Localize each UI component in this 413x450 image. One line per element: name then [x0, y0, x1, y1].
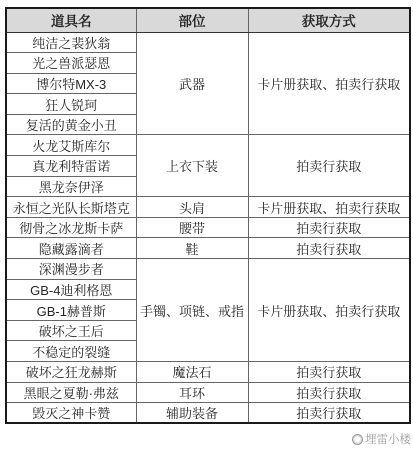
method-cell: 卡片册获取、拍卖行获取: [248, 32, 410, 135]
header-row: 道具名 部位 获取方式: [6, 8, 410, 32]
item-name-cell: 隐藏露滴者: [6, 238, 136, 259]
method-cell: 拍卖行获取: [248, 382, 410, 403]
method-cell: 卡片册获取、拍卖行获取: [248, 259, 410, 362]
item-name-cell: 破坏之狂龙赫斯: [6, 362, 136, 383]
item-name-cell: 毁灭之神卡赞: [6, 403, 136, 424]
table-row: 彻骨之冰龙斯卡萨腰带拍卖行获取: [6, 217, 410, 238]
header-item-name: 道具名: [6, 8, 136, 32]
method-cell: 拍卖行获取: [248, 238, 410, 259]
table-header: 道具名 部位 获取方式: [6, 8, 410, 32]
slot-cell: 上衣下装: [136, 135, 248, 197]
item-name-cell: 真龙利特雷诺: [6, 156, 136, 177]
watermark: 埋雷小楼: [352, 431, 411, 447]
method-cell: 拍卖行获取: [248, 217, 410, 238]
slot-cell: 魔法石: [136, 362, 248, 383]
item-name-cell: 光之兽派瑟恩: [6, 53, 136, 74]
header-slot: 部位: [136, 8, 248, 32]
item-name-cell: 火龙艾斯库尔: [6, 135, 136, 156]
table-row: 黑眼之夏勒·弗兹耳环拍卖行获取: [6, 382, 410, 403]
slot-cell: 辅助装备: [136, 403, 248, 424]
table-row: 永恒之光队长斯塔克头肩卡片册获取、拍卖行获取: [6, 197, 410, 218]
table-row: 毁灭之神卡赞辅助装备拍卖行获取: [6, 403, 410, 424]
slot-cell: 腰带: [136, 217, 248, 238]
table-row: 隐藏露滴者鞋拍卖行获取: [6, 238, 410, 259]
slot-cell: 武器: [136, 32, 248, 135]
slot-cell: 手镯、项链、戒指: [136, 259, 248, 362]
item-name-cell: 深渊漫步者: [6, 259, 136, 280]
item-name-cell: 破坏之王后: [6, 320, 136, 341]
watermark-text: 埋雷小楼: [365, 431, 411, 447]
item-name-cell: GB-4迪利格恩: [6, 279, 136, 300]
table-row: 火龙艾斯库尔上衣下装拍卖行获取: [6, 135, 410, 156]
item-name-cell: 狂人锐珂: [6, 94, 136, 115]
header-method: 获取方式: [248, 8, 410, 32]
item-name-cell: 黑龙奈伊泽: [6, 176, 136, 197]
item-name-cell: 彻骨之冰龙斯卡萨: [6, 217, 136, 238]
table-row: 深渊漫步者手镯、项链、戒指卡片册获取、拍卖行获取: [6, 259, 410, 280]
method-cell: 拍卖行获取: [248, 135, 410, 197]
table-row: 纯洁之裴狄翁武器卡片册获取、拍卖行获取: [6, 32, 410, 53]
table-row: 破坏之狂龙赫斯魔法石拍卖行获取: [6, 362, 410, 383]
item-name-cell: 博尔特MX-3: [6, 73, 136, 94]
item-name-cell: 不稳定的裂缝: [6, 341, 136, 362]
watermark-logo-icon: [352, 434, 363, 445]
slot-cell: 耳环: [136, 382, 248, 403]
method-cell: 拍卖行获取: [248, 403, 410, 424]
table-body: 纯洁之裴狄翁武器卡片册获取、拍卖行获取光之兽派瑟恩博尔特MX-3狂人锐珂复活的黄…: [6, 32, 410, 423]
method-cell: 卡片册获取、拍卖行获取: [248, 197, 410, 218]
page: 道具名 部位 获取方式 纯洁之裴狄翁武器卡片册获取、拍卖行获取光之兽派瑟恩博尔特…: [0, 0, 413, 450]
item-name-cell: GB-1赫普斯: [6, 300, 136, 321]
method-cell: 拍卖行获取: [248, 362, 410, 383]
slot-cell: 头肩: [136, 197, 248, 218]
item-name-cell: 黑眼之夏勒·弗兹: [6, 382, 136, 403]
item-table: 道具名 部位 获取方式 纯洁之裴狄翁武器卡片册获取、拍卖行获取光之兽派瑟恩博尔特…: [5, 7, 411, 424]
item-name-cell: 纯洁之裴狄翁: [6, 32, 136, 53]
item-name-cell: 永恒之光队长斯塔克: [6, 197, 136, 218]
slot-cell: 鞋: [136, 238, 248, 259]
item-name-cell: 复活的黄金小丑: [6, 114, 136, 135]
